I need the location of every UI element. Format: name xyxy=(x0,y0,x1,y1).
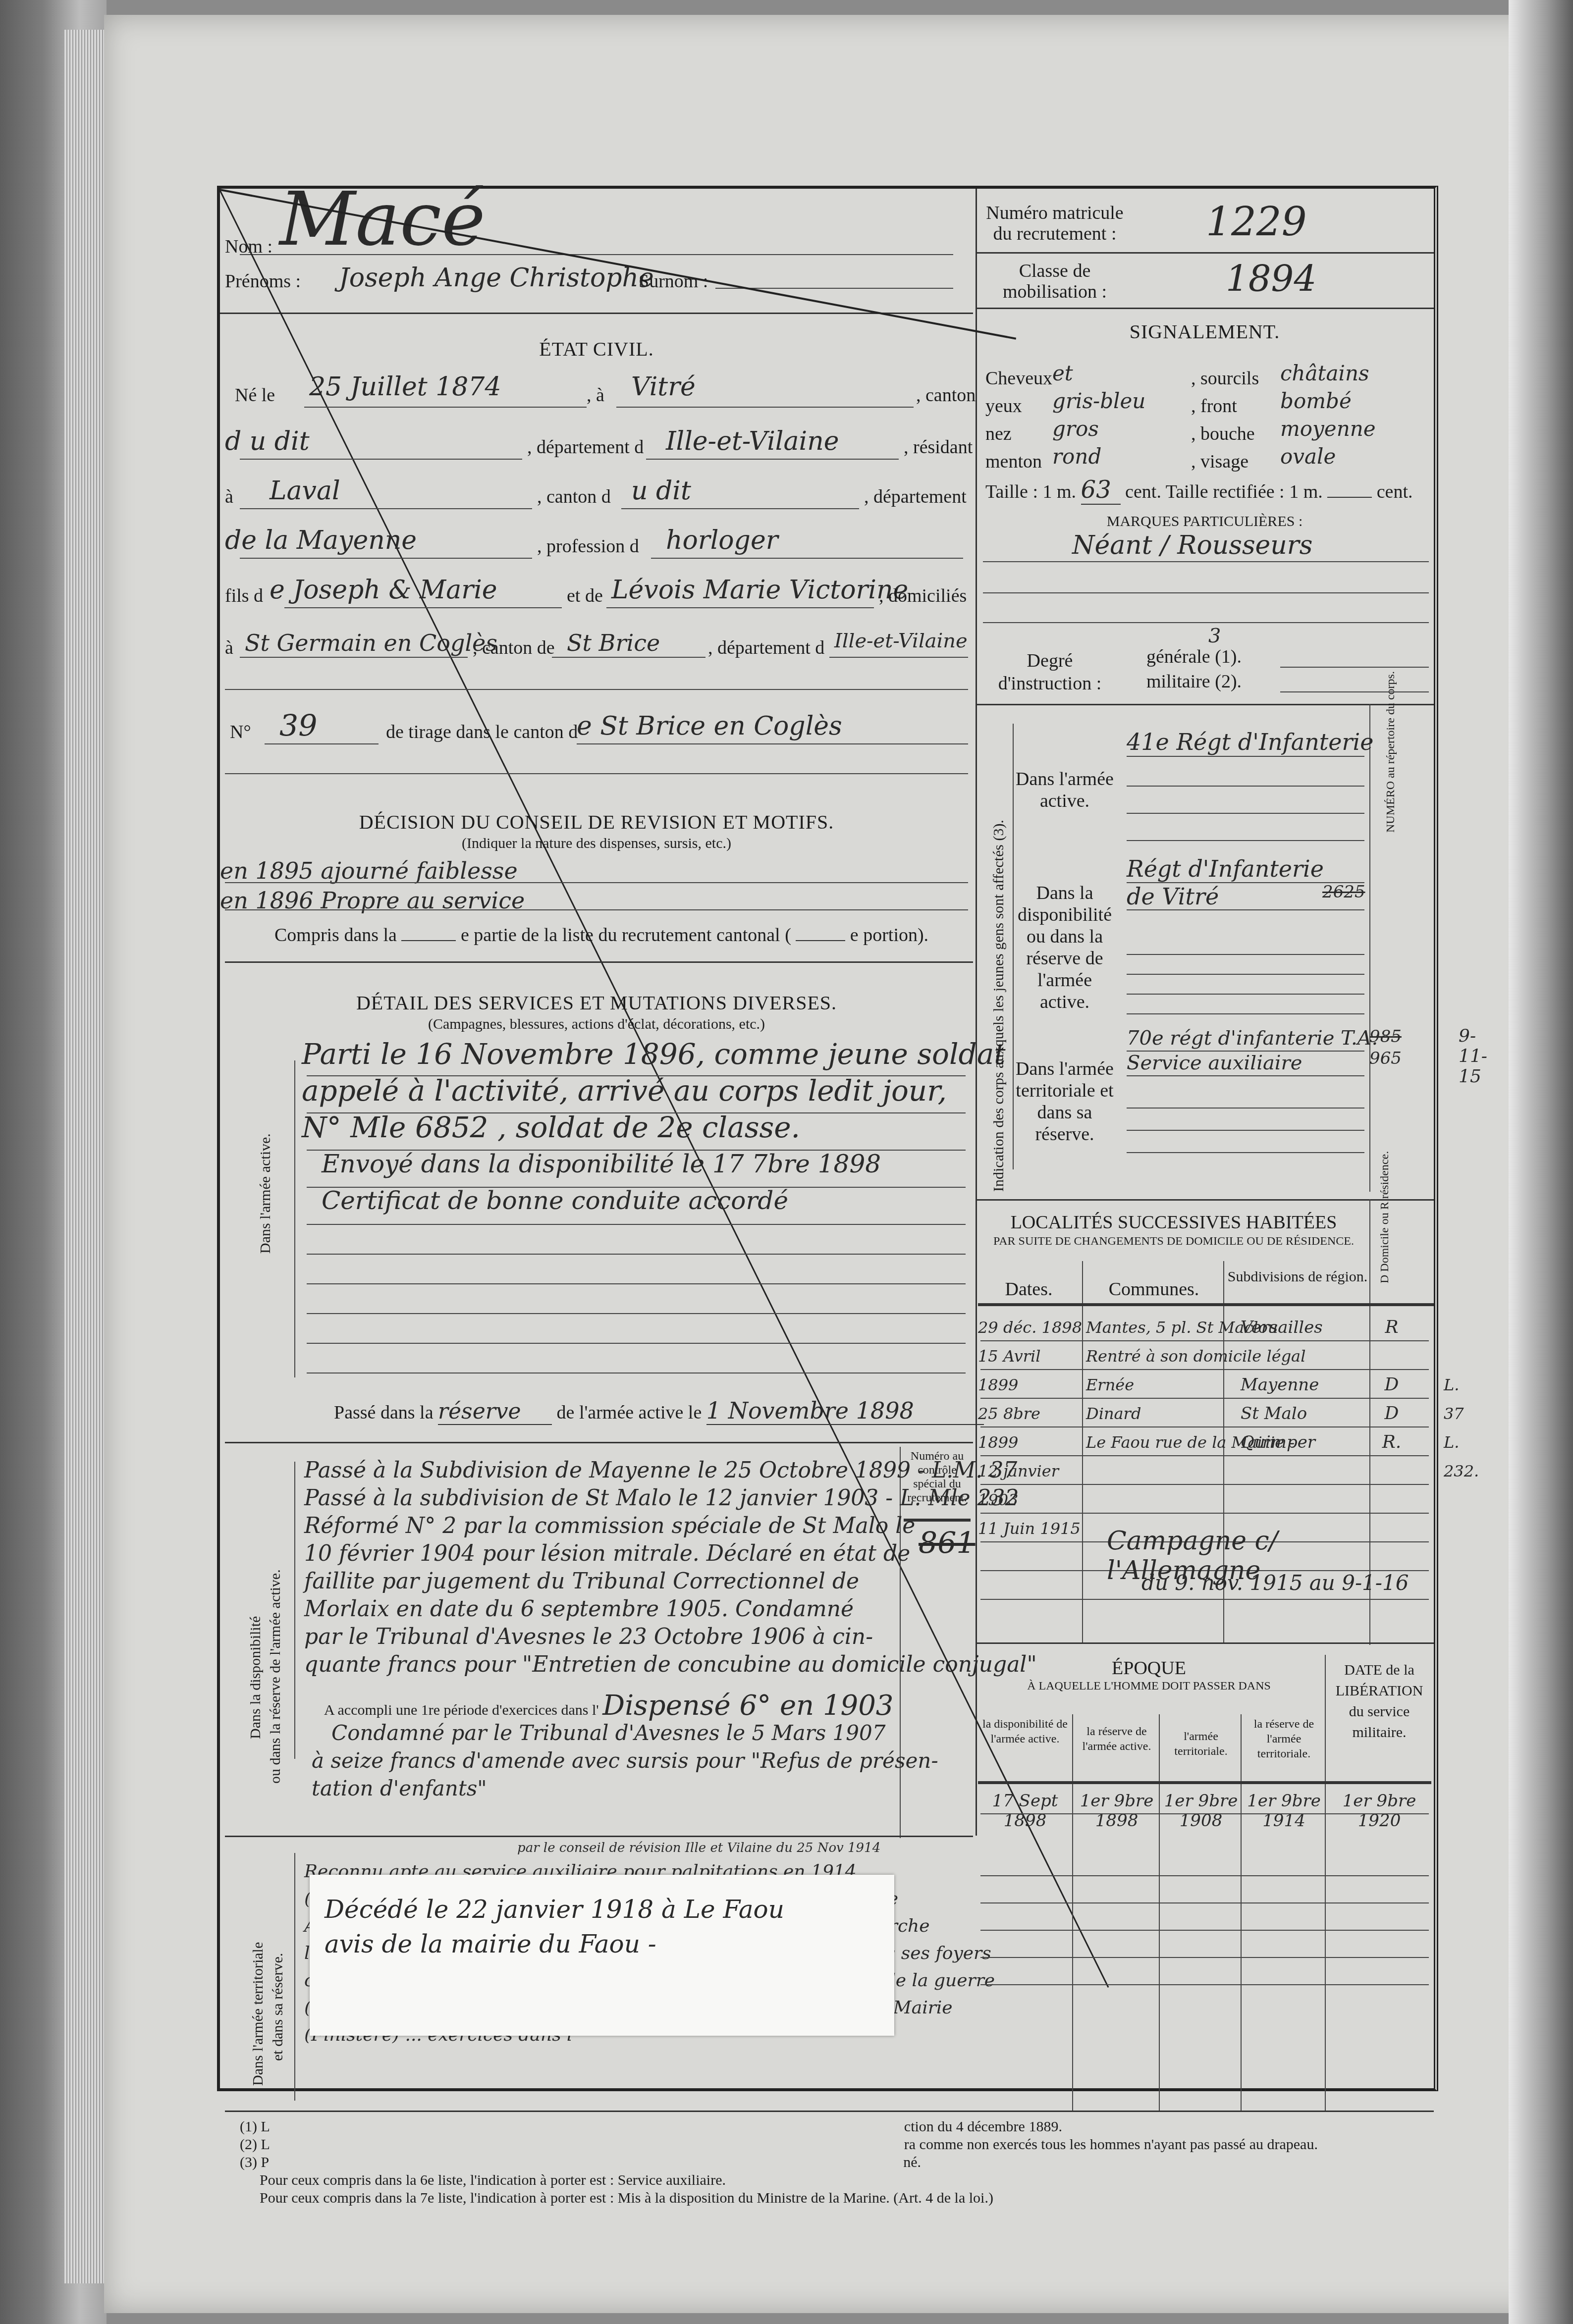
menton-value: rond xyxy=(1052,443,1145,471)
a-label: , à xyxy=(587,384,604,406)
sourcils-label: , sourcils xyxy=(1191,365,1259,392)
ne-le-value: 25 Juillet 1874 xyxy=(309,372,501,402)
death-note-line-2: avis de la mairie du Faou - xyxy=(325,1927,784,1961)
visage-value: ovale xyxy=(1280,443,1376,471)
residant-departement-value: de la Mayenne xyxy=(225,526,417,555)
death-note-slip: Décédé le 22 janvier 1918 à Le Faou avis… xyxy=(310,1875,894,2036)
prenoms-value: Joseph Ange Christophe xyxy=(339,263,654,293)
matricule-form: Macé Nom : Prénoms : Joseph Ange Christo… xyxy=(217,186,1438,2091)
epoque-value: 17 Sept 1898 xyxy=(978,1791,1072,1831)
bouche-value: moyenne xyxy=(1280,415,1376,443)
epoque-value: 1er 9bre 1914 xyxy=(1243,1791,1325,1831)
services-line: N° Mle 6852 , soldat de 2e classe. xyxy=(302,1109,1006,1146)
taille-value: 63 xyxy=(1081,476,1121,505)
tirage-label: de tirage dans le canton d xyxy=(386,721,578,743)
reserve-active-value-2: de Vitré xyxy=(1127,883,1324,910)
epoque-title: ÉPOQUE xyxy=(976,1657,1322,1679)
departement-value: Ille-et-Vilaine xyxy=(666,426,839,456)
yeux-value: gris-bleu xyxy=(1052,387,1145,415)
residant-canton-value: u dit xyxy=(631,476,691,506)
campagne-line-2: du 9. nov. 1915 au 9-1-16 xyxy=(1141,1571,1409,1595)
localite-dr xyxy=(1372,1342,1411,1371)
reserve-line: Passé à la Subdivision de Mayenne le 25 … xyxy=(304,1457,1037,1484)
residant-a-value: Laval xyxy=(270,476,340,506)
marques-value: Néant / Rousseurs xyxy=(1072,530,1312,560)
services-line: appelé à l'activité, arrivé au corps led… xyxy=(302,1072,1006,1109)
matricule-label: Numéro matricule du recrutement : xyxy=(978,203,1132,244)
mere-value: Lévois Marie Victorine xyxy=(611,575,908,605)
nez-label: nez xyxy=(985,423,1012,444)
compris-rest: e partie de la liste du recrutement cant… xyxy=(461,925,791,946)
territoriale-number: 965 xyxy=(1369,1048,1402,1069)
domicile-departement-value: Ille-et-Vilaine xyxy=(834,630,968,652)
footnote-5: Pour ceux compris dans la 7e liste, l'in… xyxy=(240,2189,1318,2207)
territoriale-value-2: Service auxiliaire xyxy=(1127,1051,1378,1075)
passe-date: 1 Novembre 1898 xyxy=(706,1397,984,1425)
localite-subdivision: Versailles xyxy=(1241,1313,1369,1342)
domicile-canton-label: , canton de xyxy=(473,637,555,659)
reserve-lines-2: Condamné par le Tribunal d'Avesnes le 5 … xyxy=(312,1719,938,1802)
services-title: DÉTAIL DES SERVICES ET MUTATIONS DIVERSE… xyxy=(220,991,973,1014)
footnote-4: Pour ceux compris dans la 6e liste, l'in… xyxy=(240,2171,1318,2189)
fils-label: fils d xyxy=(225,585,263,607)
liberation-value: 1er 9bre 1920 xyxy=(1327,1791,1431,1831)
taille-label: Taille : 1 m. xyxy=(985,481,1076,502)
services-side-label: Dans l'armée active. xyxy=(257,1133,274,1254)
compris-value xyxy=(401,940,456,941)
territoriale-side-label-1: Dans l'armée territoriale xyxy=(250,1942,267,2086)
domicile-departement-label: , département d xyxy=(708,637,824,659)
footnote-1-prefix: (1) L xyxy=(240,2118,270,2135)
death-note-line-1: Décédé le 22 janvier 1918 à Le Faou xyxy=(325,1892,784,1927)
tirage-no-value: 39 xyxy=(279,709,317,743)
footnote-2-suffix: ra comme non exercés tous les hommes n'a… xyxy=(904,2136,1318,2153)
decision-line-1: en 1895 ajourné faiblesse xyxy=(220,857,518,884)
localite-date: 12 janvier 1903 xyxy=(978,1457,1082,1514)
localites-subtitle: PAR SUITE DE CHANGEMENTS DE DOMICILE OU … xyxy=(976,1235,1372,1248)
reserve-line: Morlaix en date du 6 septembre 1905. Con… xyxy=(304,1595,1037,1623)
passe-value: réserve xyxy=(438,1399,552,1425)
matricule-value: 1229 xyxy=(1206,199,1307,245)
territoriale-value-1: 70e régt d'infanterie T.A. xyxy=(1127,1026,1378,1051)
passe-label: Passé dans la xyxy=(334,1402,434,1423)
epoque-col-reserve-active: la réserve de l'armée active. xyxy=(1075,1724,1159,1754)
epoque-col-territoriale: l'armée territoriale. xyxy=(1161,1729,1241,1759)
tirage-no-label: N° xyxy=(230,721,251,743)
footnote-3-suffix: né. xyxy=(903,2154,921,2170)
numero-repertoire-label: NUMÉRO au répertoire du corps. xyxy=(1384,671,1398,833)
et-de-label: et de xyxy=(567,585,603,607)
localite-subdivision: St Malo xyxy=(1241,1399,1369,1428)
services-line: Envoyé dans la disponibilité le 17 7bre … xyxy=(302,1146,1006,1182)
epoque-col-disponibilite: la disponibilité de l'armée active. xyxy=(978,1717,1072,1746)
reserve-line: par le Tribunal d'Avesnes le 23 Octobre … xyxy=(304,1623,1037,1651)
generale-label: générale (1). xyxy=(1146,644,1242,669)
residant-label: , résidant xyxy=(904,436,973,458)
reserve-side-label-1: Dans la disponibilité xyxy=(247,1616,264,1739)
front-label: , front xyxy=(1191,392,1259,420)
affectation-side-label: Indication des corps auxquels les jeunes… xyxy=(990,820,1007,1192)
reserve-line: Réformé N° 2 par la commission spéciale … xyxy=(304,1512,1037,1540)
reserve-side-label-2: ou dans la réserve de l'armée active. xyxy=(267,1569,284,1784)
etat-civil-title: ÉTAT CIVIL. xyxy=(220,337,973,361)
page-stack-edge xyxy=(64,30,109,2283)
subdivisions-column-header: Subdivisions de région. xyxy=(1226,1268,1369,1285)
dates-column-header: Dates. xyxy=(976,1278,1082,1300)
prenoms-label: Prénoms : xyxy=(225,270,301,292)
canton-value: d u dit xyxy=(225,426,310,456)
classe-label: Classe de mobilisation : xyxy=(978,261,1132,302)
reserve-active-value-1: Régt d'Infanterie xyxy=(1127,855,1324,883)
taille-rectifiee-value xyxy=(1327,497,1372,498)
localite-subdivision: Mayenne xyxy=(1241,1371,1369,1399)
localite-dr: D xyxy=(1372,1371,1411,1399)
cheveux-value: et xyxy=(1052,360,1145,387)
pere-value: e Joseph & Marie xyxy=(270,575,497,605)
taille-cent-label: cent. Taille rectifiée : 1 m. xyxy=(1125,481,1323,502)
epoque-subtitle: À LAQUELLE L'HOMME DOIT PASSER DANS xyxy=(976,1680,1322,1693)
localite-dr: R. xyxy=(1372,1428,1411,1457)
domicile-canton-value: St Brice xyxy=(567,630,660,656)
residant-canton-label: , canton d xyxy=(537,486,611,508)
localites-title: LOCALITÉS SUCCESSIVES HABITÉES xyxy=(976,1212,1372,1233)
exercices-value: Dispensé 6° en 1903 xyxy=(602,1690,893,1722)
decision-subtitle: (Indiquer la nature des dispenses, sursi… xyxy=(220,835,973,852)
canton-label: , canton xyxy=(916,384,976,406)
active-label: Dans l'armée active. xyxy=(1015,768,1114,812)
sourcils-value: châtains xyxy=(1280,360,1376,387)
reserve-number: 2625 xyxy=(1322,882,1365,902)
departement-label: , département d xyxy=(527,436,644,458)
services-lines: Parti le 16 Novembre 1896, comme jeune s… xyxy=(302,1036,1006,1219)
localite-margin: L. 37 xyxy=(1444,1371,1479,1428)
localite-subdivision: Quimper xyxy=(1241,1428,1369,1457)
a-value: Vitré xyxy=(631,372,696,402)
signalement-title: SIGNALEMENT. xyxy=(976,320,1434,343)
reserve-lines: Passé à la Subdivision de Mayenne le 25 … xyxy=(304,1457,1037,1679)
localite-date: 29 déc. 1898 xyxy=(978,1313,1082,1342)
residant-departement-label: , département xyxy=(864,486,967,508)
territoriale-annotation: par le conseil de révision Ille et Vilai… xyxy=(517,1841,880,1855)
reserve-line: faillite par jugement du Tribunal Correc… xyxy=(304,1568,1037,1595)
domicile-a-value: St Germain en Coglès xyxy=(245,630,497,656)
visage-label: , visage xyxy=(1191,448,1259,475)
passe-mid: de l'armée active le xyxy=(557,1402,702,1423)
reserve-active-label: Dans la disponibilité ou dans la réserve… xyxy=(1015,882,1114,1013)
localite-date: 15 Avril 1899 xyxy=(978,1342,1082,1399)
cent-label: cent. xyxy=(1377,481,1413,502)
militaire-label: militaire (2). xyxy=(1146,669,1242,694)
decision-title: DÉCISION DU CONSEIL DE REVISION ET MOTIF… xyxy=(220,810,973,834)
yeux-label: yeux xyxy=(985,396,1022,417)
reserve-line: à seize francs d'amende avec sursis pour… xyxy=(312,1747,938,1775)
reserve-line: 10 février 1904 pour lésion mitrale. Déc… xyxy=(304,1540,1037,1568)
reserve-line: Condamné par le Tribunal d'Avesnes le 5 … xyxy=(312,1719,938,1747)
territoriale-side-label-2: et dans sa réserve. xyxy=(270,1953,286,2061)
services-line: Parti le 16 Novembre 1896, comme jeune s… xyxy=(302,1036,1006,1072)
bouche-label: , bouche xyxy=(1191,420,1259,448)
portion-label: e portion). xyxy=(850,925,928,946)
profession-label: , profession d xyxy=(537,535,639,557)
facing-page-edge xyxy=(1509,0,1573,2324)
localite-date: 25 8bre 1899 xyxy=(978,1399,1082,1457)
profession-value: horloger xyxy=(666,526,778,555)
footnote-1-suffix: ction du 4 décembre 1889. xyxy=(904,2118,1062,2135)
cheveux-label: Cheveux xyxy=(985,368,1052,389)
tirage-canton-value: e St Brice en Coglès xyxy=(577,711,842,741)
menton-label: menton xyxy=(985,451,1042,472)
domicilies-label: , domiciliés xyxy=(879,585,967,607)
dr-column-label: D Domicile ou R résidence. xyxy=(1377,1194,1393,1283)
epoque-value: 1er 9bre 1908 xyxy=(1161,1791,1241,1831)
localite-dr: D xyxy=(1372,1399,1411,1428)
localite-margin: L. 232. xyxy=(1444,1428,1479,1485)
localite-dr: R xyxy=(1372,1313,1411,1342)
communes-column-header: Communes. xyxy=(1085,1278,1223,1300)
services-line: Certificat de bonne conduite accordé xyxy=(302,1182,1006,1219)
portion-value xyxy=(796,940,845,941)
marques-title: MARQUES PARTICULIÈRES : xyxy=(976,513,1434,530)
localite-subdivision xyxy=(1241,1342,1369,1371)
liberation-label: DATE de la LIBÉRATION du service militai… xyxy=(1327,1660,1431,1743)
front-value: bombé xyxy=(1280,387,1376,415)
reserve-line: quante francs pour "Entretien de concubi… xyxy=(304,1651,1037,1679)
active-value: 41e Régt d'Infanterie xyxy=(1127,729,1373,755)
footnote-2-prefix: (2) L xyxy=(240,2136,270,2153)
compris-label: Compris dans la xyxy=(274,925,397,946)
classe-value: 1894 xyxy=(1226,258,1316,300)
localite-date: 11 Juin 1915 xyxy=(978,1514,1082,1543)
reserve-line: tation d'enfants" xyxy=(312,1775,938,1802)
margin-date: 9-11-15 xyxy=(1459,1026,1487,1087)
reserve-line: Passé à la subdivision de St Malo le 12 … xyxy=(304,1484,1037,1512)
generale-value: 3 xyxy=(1208,625,1221,647)
nez-value: gros xyxy=(1052,415,1145,443)
services-subtitle: (Campagnes, blessures, actions d'éclat, … xyxy=(220,1016,973,1033)
epoque-value: 1er 9bre 1898 xyxy=(1075,1791,1159,1831)
exercices-label: A accompli une 1re période d'exercices d… xyxy=(324,1702,599,1718)
degre-label: Degré d'instruction : xyxy=(985,649,1114,695)
ne-le-label: Né le xyxy=(235,385,275,406)
epoque-col-reserve-territoriale: la réserve de l'armée territoriale. xyxy=(1243,1717,1325,1761)
footnote-3-prefix: (3) P xyxy=(240,2154,269,2170)
territoriale-label: Dans l'armée territoriale et dans sa rés… xyxy=(1015,1058,1114,1145)
territoriale-number-struck: 985 xyxy=(1369,1026,1402,1048)
